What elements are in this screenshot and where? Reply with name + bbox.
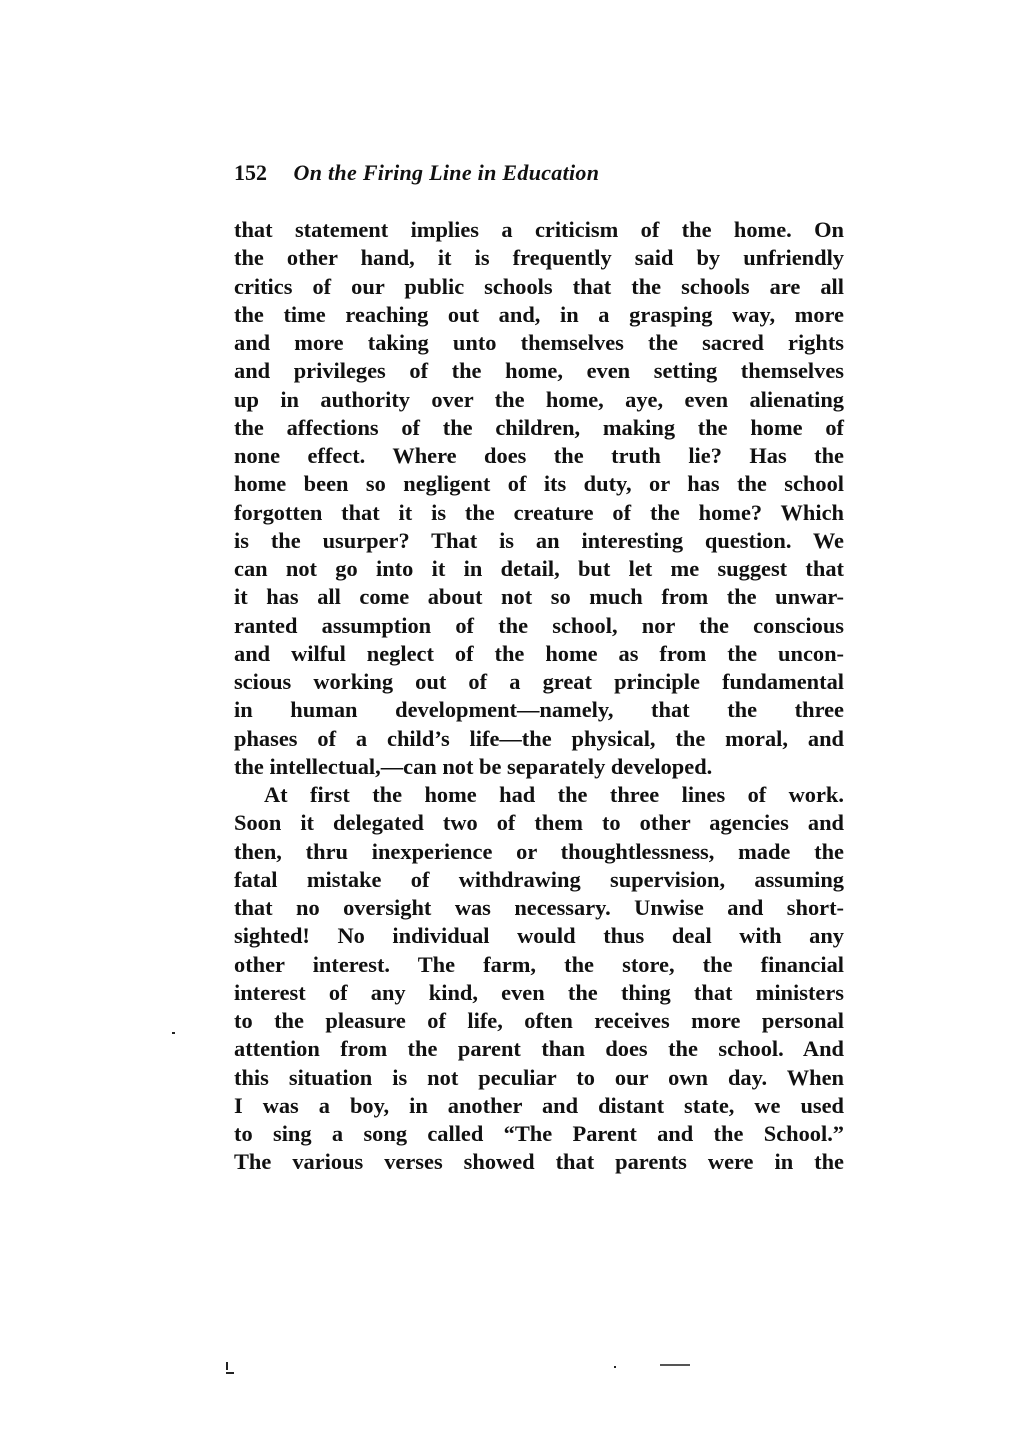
text-line: that statement implies a criticism of th…	[234, 216, 844, 244]
text-line: it has all come about not so much from t…	[234, 583, 844, 611]
text-line: can not go into it in detail, but let me…	[234, 555, 844, 583]
text-line: to the pleasure of life, often receives …	[234, 1007, 844, 1035]
text-line: the affections of the children, making t…	[234, 414, 844, 442]
scan-artifact	[226, 1372, 234, 1374]
text-line: the intellectual,—can not be separately …	[234, 753, 844, 781]
text-line: the other hand, it is frequently said by…	[234, 244, 844, 272]
text-line: and wilful neglect of the home as from t…	[234, 640, 844, 668]
paragraph-2: At first the home had the three lines of…	[234, 781, 844, 1177]
text-line: up in authority over the home, aye, even…	[234, 386, 844, 414]
text-line: forgotten that it is the creature of the…	[234, 499, 844, 527]
text-line: is the usurper? That is an interesting q…	[234, 527, 844, 555]
running-head: 152 On the Firing Line in Education	[234, 160, 844, 190]
scan-artifact	[614, 1366, 616, 1368]
body-text: that statement implies a criticism of th…	[234, 216, 844, 1177]
text-line: phases of a child’s life—the physical, t…	[234, 725, 844, 753]
text-line: I was a boy, in another and distant stat…	[234, 1092, 844, 1120]
text-line: ranted assumption of the school, nor the…	[234, 612, 844, 640]
text-line: and more taking unto themselves the sacr…	[234, 329, 844, 357]
text-line: fatal mistake of withdrawing supervision…	[234, 866, 844, 894]
scan-artifact	[172, 1032, 175, 1034]
text-line: critics of our public schools that the s…	[234, 273, 844, 301]
text-line: then, thru inexperience or thoughtlessne…	[234, 838, 844, 866]
book-page: 152 On the Firing Line in Education that…	[0, 0, 1010, 1454]
text-line: interest of any kind, even the thing tha…	[234, 979, 844, 1007]
scan-artifact	[660, 1364, 690, 1366]
text-line: other interest. The farm, the store, the…	[234, 951, 844, 979]
text-line: to sing a song called “The Parent and th…	[234, 1120, 844, 1148]
text-line: attention from the parent than does the …	[234, 1035, 844, 1063]
scan-artifact	[226, 1362, 228, 1370]
text-line: this situation is not peculiar to our ow…	[234, 1064, 844, 1092]
text-line: scious working out of a great principle …	[234, 668, 844, 696]
running-title: On the Firing Line in Education	[294, 160, 600, 185]
text-line: home been so negligent of its duty, or h…	[234, 470, 844, 498]
text-line: that no oversight was necessary. Unwise …	[234, 894, 844, 922]
text-line: sighted! No individual would thus deal w…	[234, 922, 844, 950]
text-line: Soon it delegated two of them to other a…	[234, 809, 844, 837]
text-line: The various verses showed that parents w…	[234, 1148, 844, 1176]
text-line: At first the home had the three lines of…	[234, 781, 844, 809]
text-line: in human development—namely, that the th…	[234, 696, 844, 724]
text-line: and privileges of the home, even setting…	[234, 357, 844, 385]
paragraph-1: that statement implies a criticism of th…	[234, 216, 844, 781]
page-number: 152	[234, 160, 288, 186]
text-line: the time reaching out and, in a grasping…	[234, 301, 844, 329]
text-line: none effect. Where does the truth lie? H…	[234, 442, 844, 470]
